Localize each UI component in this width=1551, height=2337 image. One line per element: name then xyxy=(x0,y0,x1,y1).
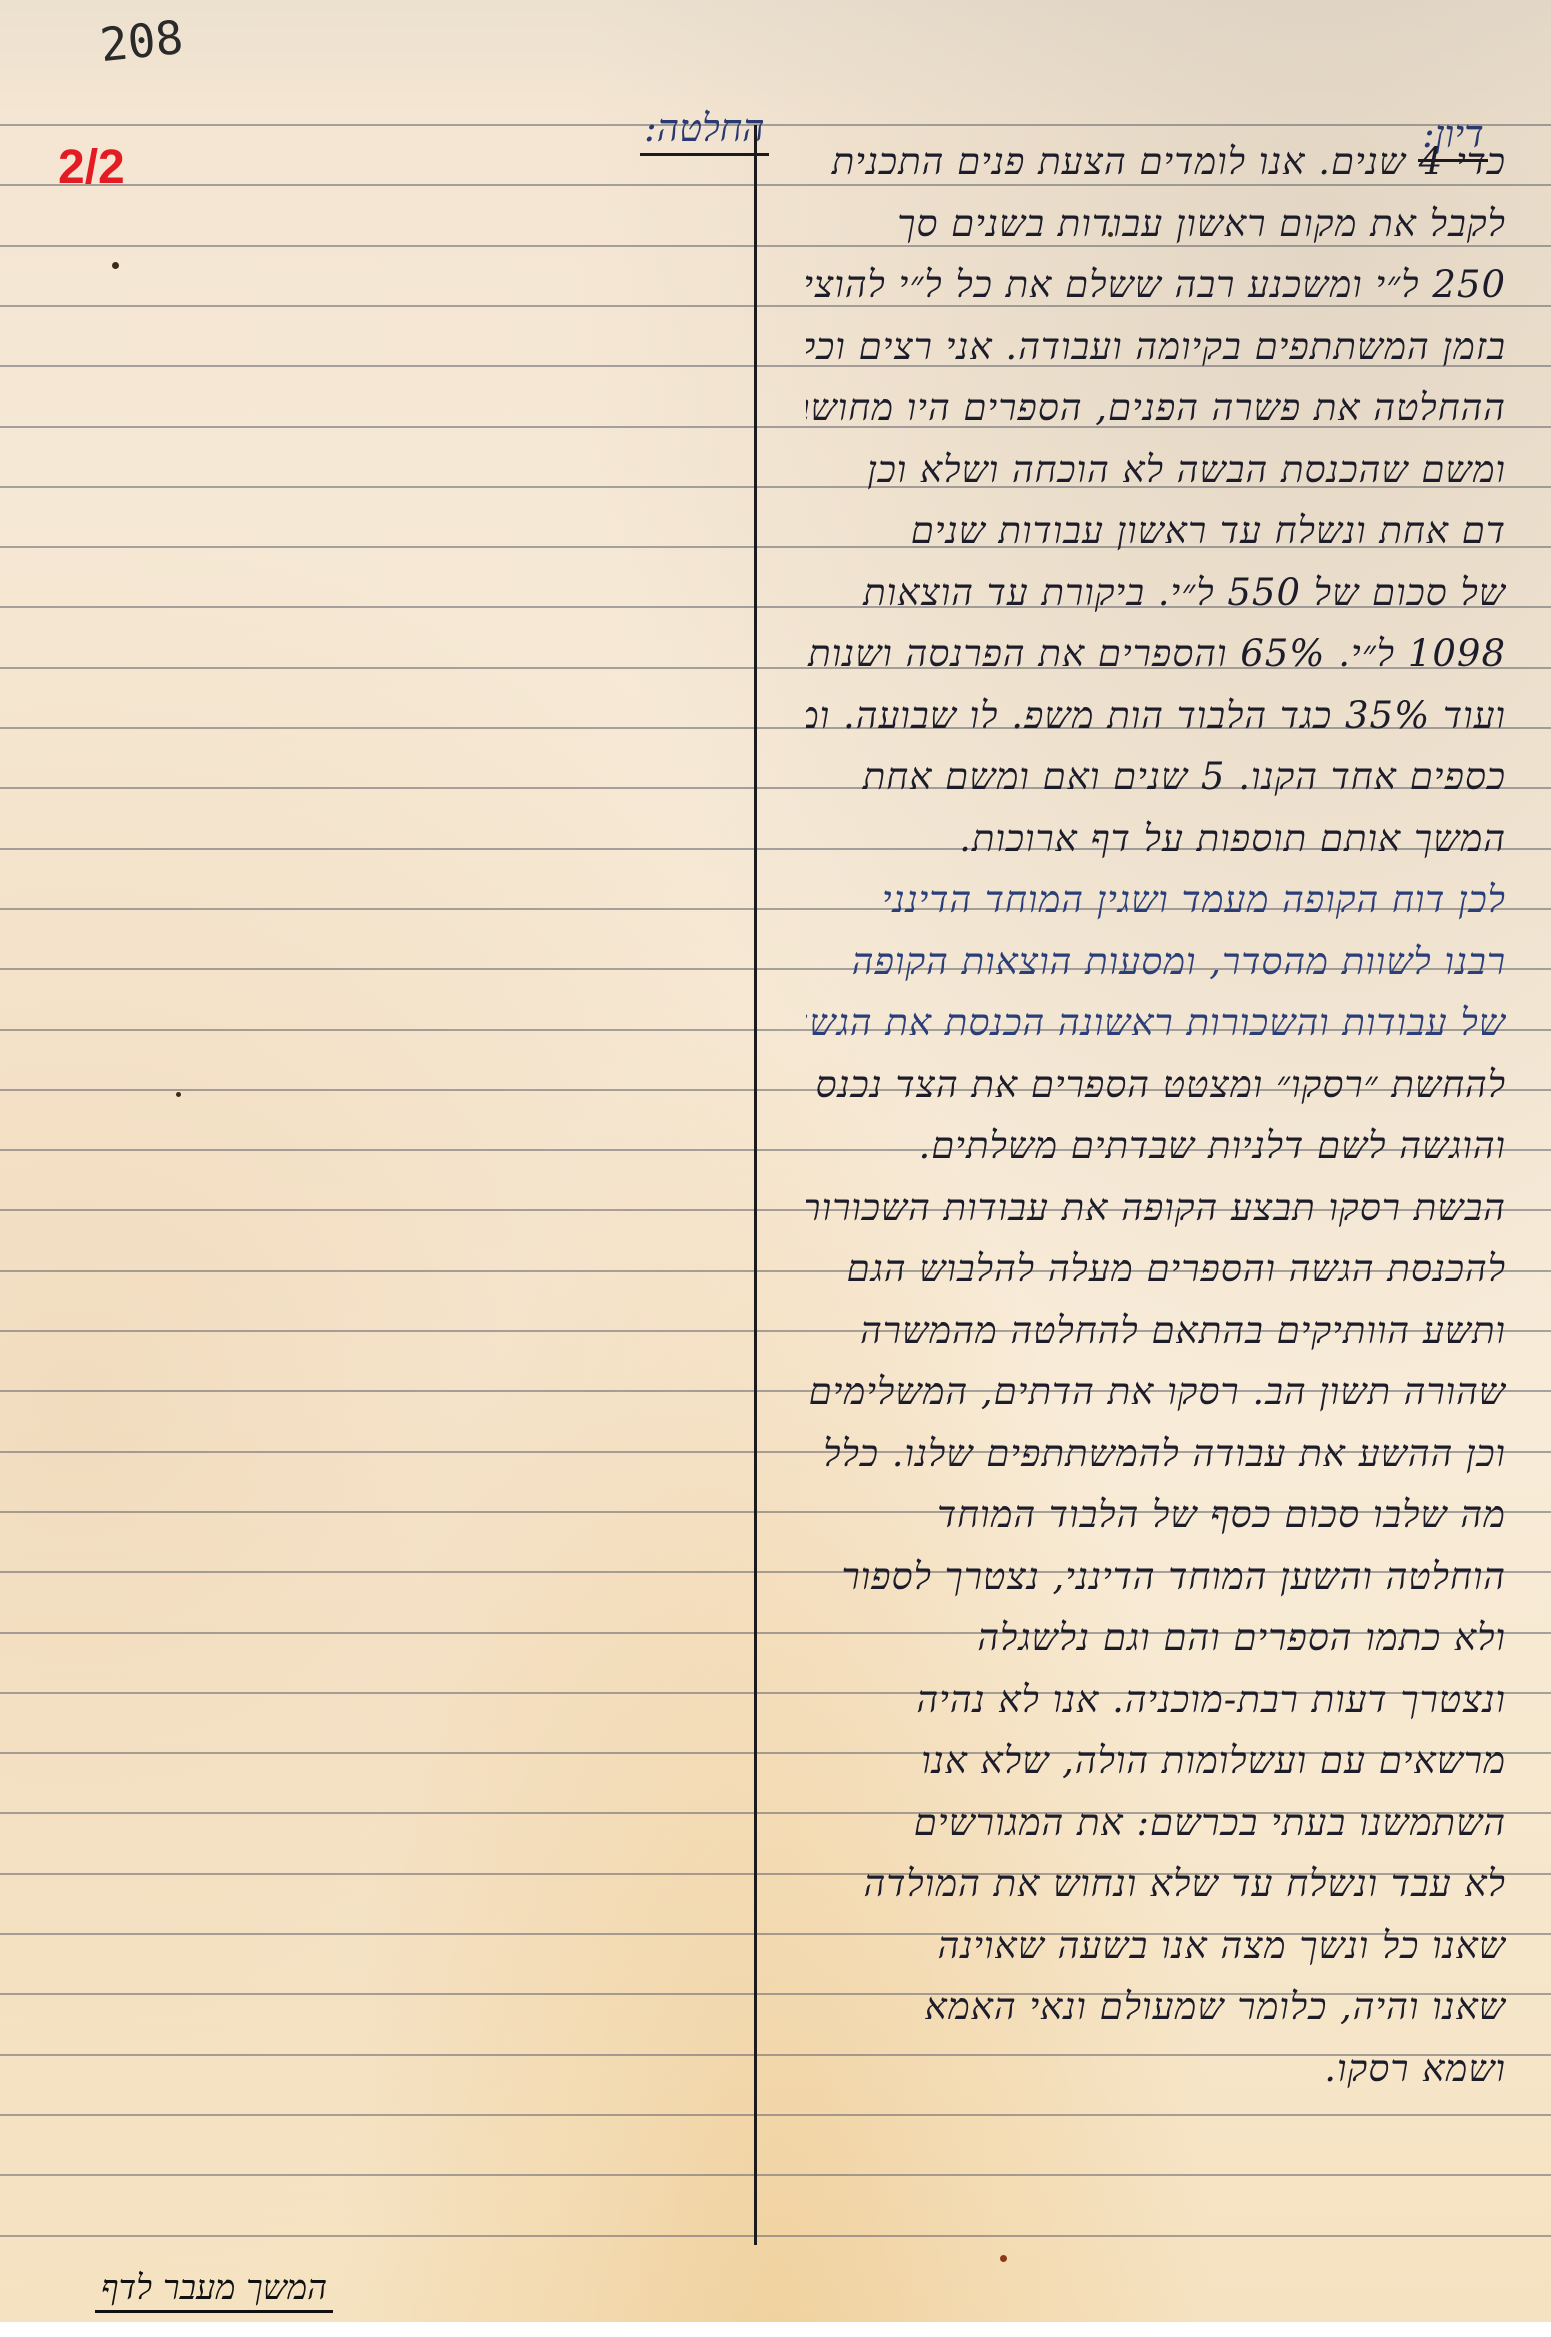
scan-edge xyxy=(0,2322,1551,2337)
discussion-line: ונצטרך דעות רבת-מוכניה. אנו לא נהיה xyxy=(806,1678,1506,1722)
page-part-stamp: 2/2 xyxy=(58,140,125,195)
discussion-line: מרשאים עם ועשלומות הולה, שלא אנו xyxy=(806,1739,1506,1783)
discussion-line: ועוד 35% כגד הלבוד הות משפ. לו שבועה. ומ… xyxy=(806,694,1506,738)
discussion-line: המשך אותם תוספות על דף ארוכות. xyxy=(806,817,1506,861)
paper-speck xyxy=(1108,232,1113,237)
discussion-line: לא עבד ונשלח עד שלא ונחוש את המולדה xyxy=(806,1862,1506,1906)
ruled-line xyxy=(0,184,1551,186)
discussion-line: והוגשה לשם דלניות שבדתים משלתים. xyxy=(806,1124,1506,1168)
discussion-line: השתמשנו בעתי בכרשם: את המגורשים xyxy=(806,1801,1506,1845)
discussion-line: של סכום של 550 ל״י. ביקורת עד הוצאות xyxy=(806,571,1506,615)
discussion-line: להכנסת הגשה והספרים מעלה להלבוש הגם xyxy=(806,1247,1506,1291)
discussion-line: הוחלטה והשען המוחד הדינני, נצטרך לספור xyxy=(806,1555,1506,1599)
discussion-line: וכן ההשע את עבודה להמשתתפים שלנו. כלל xyxy=(806,1432,1506,1476)
discussion-line: כדי 4 שנים. אנו לומדים הצעת פנים התכנית xyxy=(806,140,1506,184)
discussion-line: לכן דוח הקופה מעמד ושגין המוחד הדינני xyxy=(806,878,1506,922)
discussion-line: רבנו לשוות מהסדר, ומסעות הוצאות הקופה xyxy=(806,940,1506,984)
discussion-line: לקבל את מקום ראשון עבודות בשנים סך xyxy=(806,202,1506,246)
paper-speck xyxy=(112,262,119,269)
discussion-line: דם אחת ונשלח עד ראשון עבודות שנים xyxy=(806,509,1506,553)
page-number: 208 xyxy=(97,10,185,72)
discussion-line: ומשם שהכנסת הבשה לא הוכחה ושלא וכן xyxy=(806,448,1506,492)
column-divider xyxy=(754,125,757,2245)
discussion-line: הבשת רסקו תבצע הקופה את עבודות השכורות xyxy=(806,1186,1506,1230)
ruled-line xyxy=(0,2114,1551,2116)
discussion-line: להחשת ״רסקו״ ומצטט הספרים את הצד נכנס xyxy=(806,1063,1506,1107)
discussion-line: של עבודות והשכורות ראשונה הכנסת את הגשה xyxy=(806,1001,1506,1045)
discussion-line: שאנו והיה, כלומר שמעולם ונאי האמא xyxy=(806,1985,1506,2029)
ruled-line xyxy=(0,2174,1551,2176)
discussion-line: מה שלבו סכום כסף של הלבוד המוחד xyxy=(806,1493,1506,1537)
paper-speck xyxy=(176,1092,181,1097)
discussion-line: 1098 ל״י. 65% והספרים את הפרנסה ושנות xyxy=(806,632,1506,676)
discussion-line: ותשע הוותיקים בהתאם להחלטה מהמשרה xyxy=(806,1309,1506,1353)
paper-speck xyxy=(1000,2255,1007,2262)
ruled-line xyxy=(0,2235,1551,2237)
discussion-line: ולא כתמו הספרים והם וגם נלשגלה xyxy=(806,1616,1506,1660)
discussion-line: 250 ל״י ומשכנע רבה ששלם את כל ל״י להוציא xyxy=(806,263,1506,307)
ruled-line xyxy=(0,124,1551,126)
continued-overleaf-note: המשך מעבר לדף xyxy=(95,2268,333,2313)
discussion-line: בזמן המשתתפים בקיומה ועבודה. אני רצים וכ… xyxy=(806,325,1506,369)
discussion-line: שאנו כל ונשך מצה אנו בשעה שאוינה xyxy=(806,1924,1506,1968)
decision-column-heading: החלטה: xyxy=(640,106,769,156)
discussion-line: שהורה תשון הב. רסקו את הדתים, המשלימים xyxy=(806,1370,1506,1414)
discussion-line: כספים אחד הקנו. 5 שנים ואם ומשם אחת xyxy=(806,755,1506,799)
discussion-line: ההחלטה את פשרה הפנים, הספרים היו מחושבים… xyxy=(806,386,1506,430)
discussion-line: ושמא רסקו. xyxy=(806,2047,1506,2091)
